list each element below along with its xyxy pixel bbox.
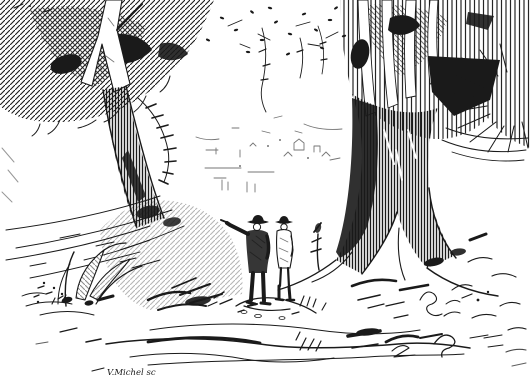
trailing-arm <box>267 236 269 258</box>
engraving-svg: V.Michel sc <box>0 0 530 379</box>
pointing-man-head <box>253 223 260 230</box>
pointing-man-foot-right <box>261 303 270 304</box>
companion-jacket <box>277 230 293 268</box>
companion-leg-right <box>288 268 289 287</box>
pointing-man-leg-right <box>263 273 264 301</box>
companion-leg-left <box>280 268 281 286</box>
signature-text: V.Michel sc <box>107 368 156 378</box>
pointing-man-leg-left <box>251 273 253 300</box>
companion-boot-right <box>289 287 290 299</box>
engraving-illustration: V.Michel sc <box>0 0 530 379</box>
